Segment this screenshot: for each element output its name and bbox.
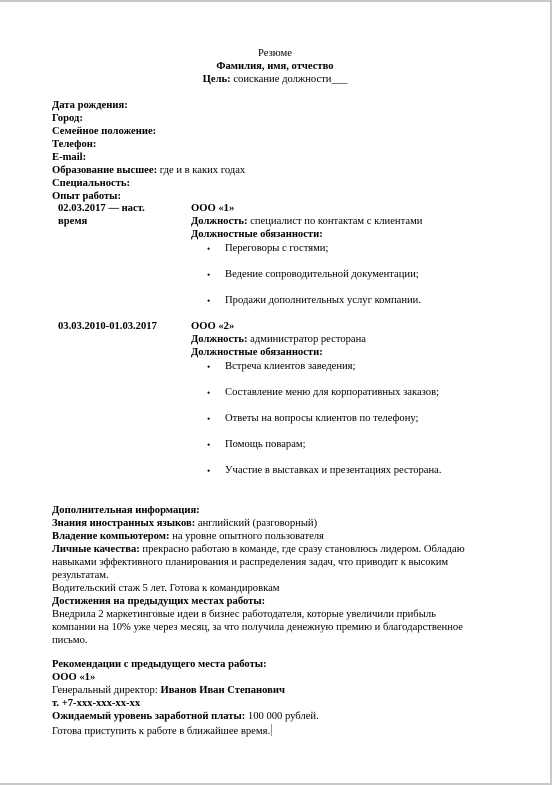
job1-duty-2: Ведение сопроводительной документации; <box>225 269 419 282</box>
job2-period: 03.03.2010-01.03.2017 <box>58 321 157 334</box>
computer-label: Владение компьютером: <box>52 531 170 542</box>
computer-value: на уровне опытного пользователя <box>170 531 324 542</box>
achievements-line-1: Внедрила 2 маркетинговые идеи в бизнес р… <box>52 609 436 622</box>
availability-line: Готова приступить к работе в ближайшее в… <box>52 724 272 739</box>
bullet-icon: • <box>207 387 210 400</box>
job2-duty-1: Встреча клиентов заведения; <box>225 361 356 374</box>
job1-duty-3: Продажи дополнительных услуг компании. <box>225 295 421 308</box>
job1-duty-1: Переговоры с гостями; <box>225 243 328 256</box>
qualities-line-2: навыками эффективного планирования и рас… <box>52 557 448 570</box>
additional-heading: Дополнительная информация: <box>52 505 200 518</box>
job2-duties-label: Должностные обязанности: <box>191 347 323 360</box>
salary-line: Ожидаемый уровень заработной платы: 100 … <box>52 711 319 724</box>
bullet-icon: • <box>207 361 210 374</box>
document-page[interactable]: Резюме Фамилия, имя, отчество Цель: соис… <box>0 0 552 785</box>
languages-line: Знания иностранных языков: английский (р… <box>52 518 317 531</box>
resume-title: Резюме <box>0 48 550 61</box>
phone-field: Телефон: <box>52 139 96 152</box>
bullet-icon: • <box>207 295 210 308</box>
text-cursor <box>271 724 272 736</box>
city-label: Город: <box>52 113 83 124</box>
goal-value: соискание должности___ <box>231 74 348 85</box>
birth-date-label: Дата рождения: <box>52 100 128 111</box>
bullet-icon: • <box>207 413 210 426</box>
availability-text: Готова приступить к работе в ближайшее в… <box>52 726 270 737</box>
languages-value: английский (разговорный) <box>195 518 317 529</box>
director-name: Иванов Иван Степанович <box>160 685 285 696</box>
job2-position-label: Должность: <box>191 334 248 345</box>
job1-position: Должность: специалист по контактам с кли… <box>191 216 422 229</box>
education-field: Образование высшее: где и в каких годах <box>52 165 245 178</box>
job2-duty-4: Помощь поварам; <box>225 439 306 452</box>
email-label: E-mail: <box>52 152 86 163</box>
salary-value: 100 000 рублей. <box>245 711 318 722</box>
job2-duty-5: Участие в выставках и презентациях ресто… <box>225 465 442 478</box>
job2-duty-2: Составление меню для корпоративных заказ… <box>225 387 439 400</box>
bullet-icon: • <box>207 465 210 478</box>
salary-label: Ожидаемый уровень заработной платы: <box>52 711 245 722</box>
email-field: E-mail: <box>52 152 86 165</box>
full-name: Фамилия, имя, отчество <box>0 61 550 74</box>
job2-position-value: администратор ресторана <box>248 334 367 345</box>
qualities-value: прекрасно работаю в команде, где сразу с… <box>140 544 465 555</box>
experience-heading: Опыт работы: <box>52 191 121 204</box>
qualities-line-1: Личные качества: прекрасно работаю в ком… <box>52 544 465 557</box>
job2-company: ООО «2» <box>191 321 234 334</box>
bullet-icon: • <box>207 439 210 452</box>
marital-status-field: Семейное положение: <box>52 126 156 139</box>
reference-phone: т. +7-xxx-xxx-xx-xx <box>52 698 140 711</box>
goal-line: Цель: соискание должности___ <box>0 74 550 87</box>
qualities-label: Личные качества: <box>52 544 140 555</box>
education-label: Образование высшее: <box>52 165 157 176</box>
job1-duties-label: Должностные обязанности: <box>191 229 323 242</box>
job1-period-end: время <box>58 216 87 229</box>
languages-label: Знания иностранных языков: <box>52 518 195 529</box>
specialty-label: Специальность: <box>52 178 130 189</box>
goal-label: Цель: <box>203 74 231 85</box>
director-label: Генеральный директор: <box>52 685 160 696</box>
driving-line: Водительский стаж 5 лет. Готова к команд… <box>52 583 280 596</box>
phone-label: Телефон: <box>52 139 96 150</box>
achievements-heading: Достижения на предыдущих местах работы: <box>52 596 265 609</box>
education-value: где и в каких годах <box>157 165 245 176</box>
job1-company: ООО «1» <box>191 203 234 216</box>
specialty-field: Специальность: <box>52 178 130 191</box>
director-line: Генеральный директор: Иванов Иван Степан… <box>52 685 285 698</box>
bullet-icon: • <box>207 269 210 282</box>
job1-position-label: Должность: <box>191 216 248 227</box>
references-company: ООО «1» <box>52 672 95 685</box>
job1-period-start: 02.03.2017 — наст. <box>58 203 145 216</box>
references-heading: Рекомендации с предыдущего места работы: <box>52 659 267 672</box>
qualities-line-3: результатам. <box>52 570 109 583</box>
bullet-icon: • <box>207 243 210 256</box>
job2-position: Должность: администратор ресторана <box>191 334 366 347</box>
city-field: Город: <box>52 113 83 126</box>
job1-position-value: специалист по контактам с клиентами <box>248 216 423 227</box>
marital-status-label: Семейное положение: <box>52 126 156 137</box>
achievements-line-3: письмо. <box>52 635 88 648</box>
job2-duty-3: Ответы на вопросы клиентов по телефону; <box>225 413 418 426</box>
experience-label: Опыт работы: <box>52 191 121 202</box>
birth-date-field: Дата рождения: <box>52 100 128 113</box>
computer-line: Владение компьютером: на уровне опытного… <box>52 531 324 544</box>
achievements-line-2: компании на 10% уже через месяц, за что … <box>52 622 463 635</box>
